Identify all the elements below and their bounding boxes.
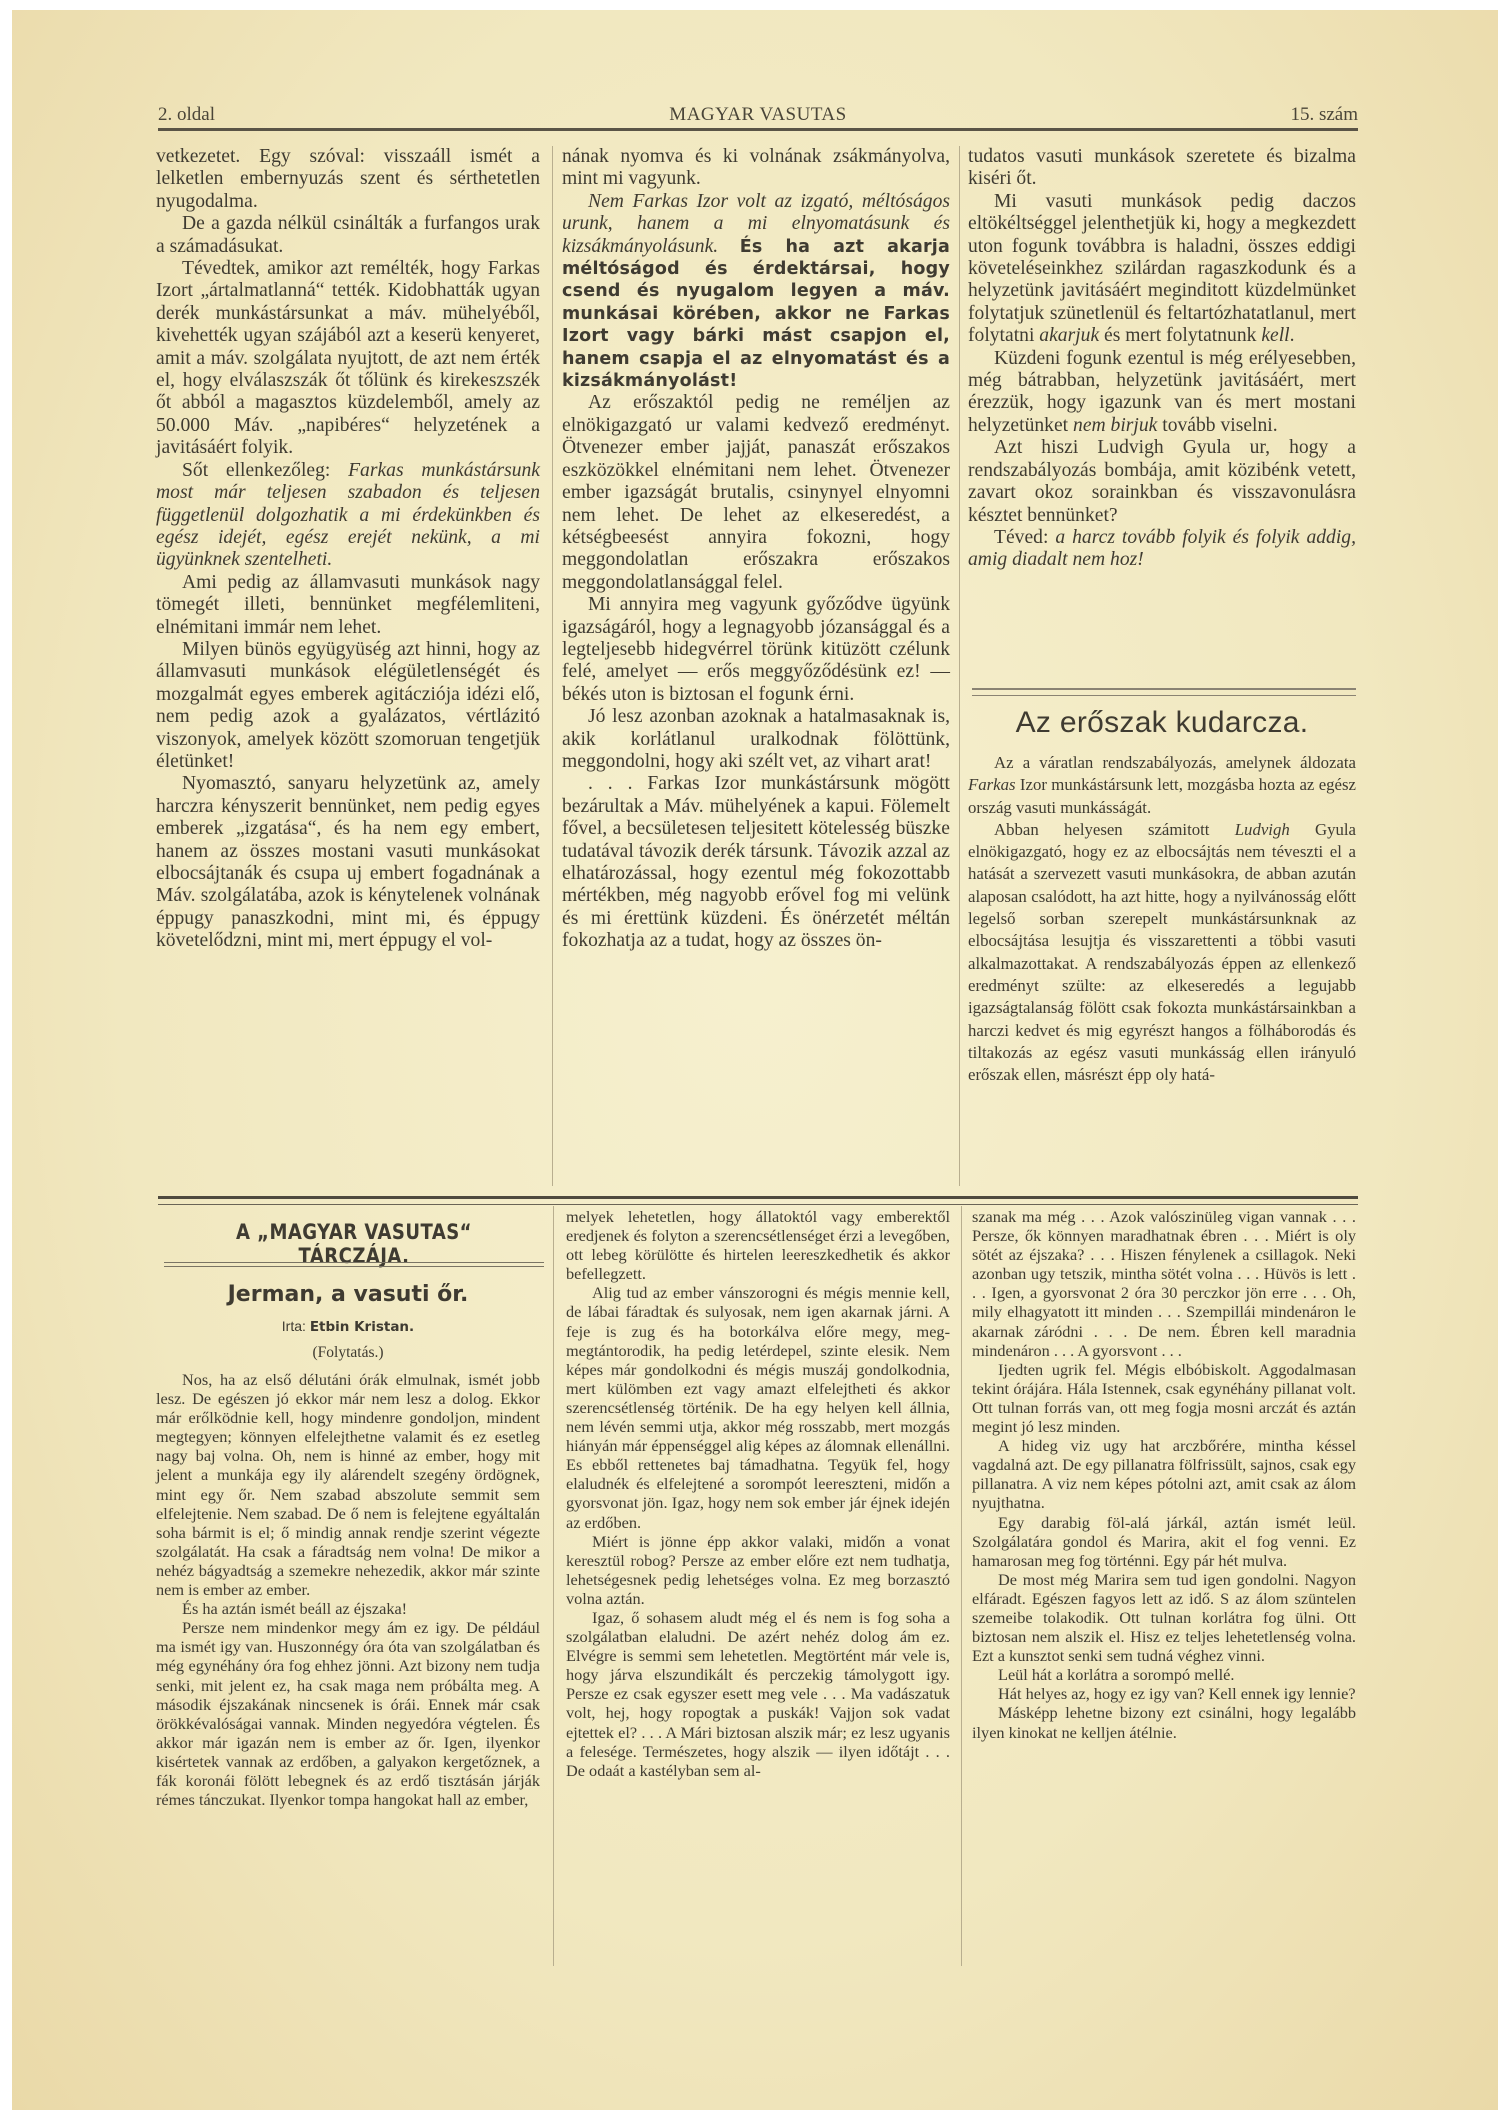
- page-header: 2. oldal MAGYAR VASUTAS 15. szám: [158, 102, 1358, 131]
- paragraph: Másképp lehetne bizony ezt csinálni, hog…: [972, 1703, 1356, 1741]
- paragraph: Mi annyira meg vagyunk győződve ügyünk i…: [562, 594, 950, 706]
- article-separator: [972, 688, 1356, 696]
- paragraph: És ha aztán ismét beáll az éjszaka!: [156, 1599, 540, 1618]
- paragraph: Tévedtek, amikor azt remélték, hogy Fark…: [156, 258, 540, 460]
- lead-article-column-3: tudatos vasuti munkások szeretete és biz…: [968, 146, 1356, 572]
- paragraph: Milyen bünös együgyüség azt hinni, hogy …: [156, 639, 540, 773]
- issue-number: 15. szám: [1290, 104, 1358, 126]
- continuation-note: (Folytatás.): [156, 1344, 540, 1362]
- lead-article-column-1: vetkezetet. Egy szóval: visszaáll ismét …: [156, 146, 540, 953]
- paragraph: Ijedten ugrik fel. Mégis elbóbiskolt. Ag…: [972, 1360, 1356, 1436]
- second-article-body: Az a váratlan rendszabályozás, amelynek …: [968, 752, 1356, 1086]
- paragraph: Miért is jönne épp akkor valaki, midőn a…: [566, 1532, 950, 1608]
- paragraph: De a gazda nélkül csinálták a furfangos …: [156, 213, 540, 258]
- paragraph: Téved: a harcz tovább folyik és folyik a…: [968, 527, 1356, 572]
- story-byline: Irta: Etbin Kristan.: [156, 1318, 540, 1335]
- paragraph: Nos, ha az első délutáni órák elmulnak, …: [156, 1370, 540, 1599]
- paragraph: melyek lehetetlen, hogy állatoktól vagy …: [566, 1207, 950, 1283]
- article-headline: Az erőszak kudarcza.: [968, 706, 1356, 740]
- paragraph: Leül hát a korlátra a sorompó mellé.: [972, 1665, 1356, 1684]
- story-author: Etbin Kristan.: [310, 1319, 414, 1335]
- paragraph: Egy darabig föl-alá járkál, aztán ismét …: [972, 1513, 1356, 1570]
- paragraph: Alig tud az ember vánszorogni és mégis m…: [566, 1283, 950, 1531]
- paragraph: Nyomasztó, sanyaru helyzetünk az, amely …: [156, 773, 540, 952]
- paragraph: nának nyomva és ki volnának zsákmányolva…: [562, 146, 950, 191]
- paragraph: Küzdeni fogunk ezentul is még erélyesebb…: [968, 348, 1356, 438]
- byline-label: Irta:: [282, 1318, 306, 1334]
- paragraph: Persze nem mindenkor megy ám ez igy. De …: [156, 1618, 540, 1809]
- paragraph: tudatos vasuti munkások szeretete és biz…: [968, 146, 1356, 191]
- feuilleton-title-rule: [164, 1262, 544, 1267]
- masthead-title: MAGYAR VASUTAS: [158, 104, 1358, 126]
- paragraph: Mi vasuti munkások pedig daczos eltökélt…: [968, 191, 1356, 348]
- paragraph: Hát helyes az, hogy ez igy van? Kell enn…: [972, 1684, 1356, 1703]
- paragraph: szanak ma még . . . Azok valószinüleg vi…: [972, 1207, 1356, 1360]
- paragraph: Ami pedig az államvasuti munkások nagy t…: [156, 572, 540, 639]
- column-divider: [552, 146, 553, 1186]
- lead-article-column-2: nának nyomva és ki volnának zsákmányolva…: [562, 146, 950, 953]
- paragraph: vetkezetet. Egy szóval: visszaáll ismét …: [156, 146, 540, 213]
- column-divider: [959, 146, 960, 1186]
- paragraph: . . . Farkas Izor munkástársunk mögött b…: [562, 773, 950, 952]
- paragraph: Igaz, ő sohasem aludt még el és nem is f…: [566, 1608, 950, 1780]
- paragraph: Az erőszaktól pedig ne reméljen az elnök…: [562, 392, 950, 594]
- paragraph: Abban helyesen számitott Ludvigh Gyula e…: [968, 819, 1356, 1087]
- paragraph: A hideg viz ugy hat arczbőrére, mintha k…: [972, 1436, 1356, 1512]
- feuilleton-column-1: Nos, ha az első délutáni órák elmulnak, …: [156, 1370, 540, 1809]
- column-divider: [553, 1206, 554, 1966]
- paragraph: Jó lesz azonban azoknak a hatalmasaknak …: [562, 706, 950, 773]
- paragraph: Sőt ellenkezőleg: Farkas munkástársunk m…: [156, 460, 540, 572]
- story-title: Jerman, a vasuti őr.: [156, 1282, 540, 1307]
- column-divider: [961, 1206, 962, 1966]
- paragraph: De most még Marira sem tud igen gondolni…: [972, 1570, 1356, 1665]
- feuilleton-column-3: szanak ma még . . . Azok valószinüleg vi…: [972, 1207, 1356, 1742]
- paragraph: Nem Farkas Izor volt az izgató, méltóság…: [562, 191, 950, 393]
- section-separator: [158, 1196, 1358, 1205]
- feuilleton-column-2: melyek lehetetlen, hogy állatoktól vagy …: [566, 1207, 950, 1780]
- feuilleton-section-title: A „MAGYAR VASUTAS“ TÁRCZÁJA.: [191, 1220, 518, 1268]
- paragraph: Az a váratlan rendszabályozás, amelynek …: [968, 752, 1356, 819]
- paragraph: Azt hiszi Ludvigh Gyula ur, hogy a rends…: [968, 437, 1356, 527]
